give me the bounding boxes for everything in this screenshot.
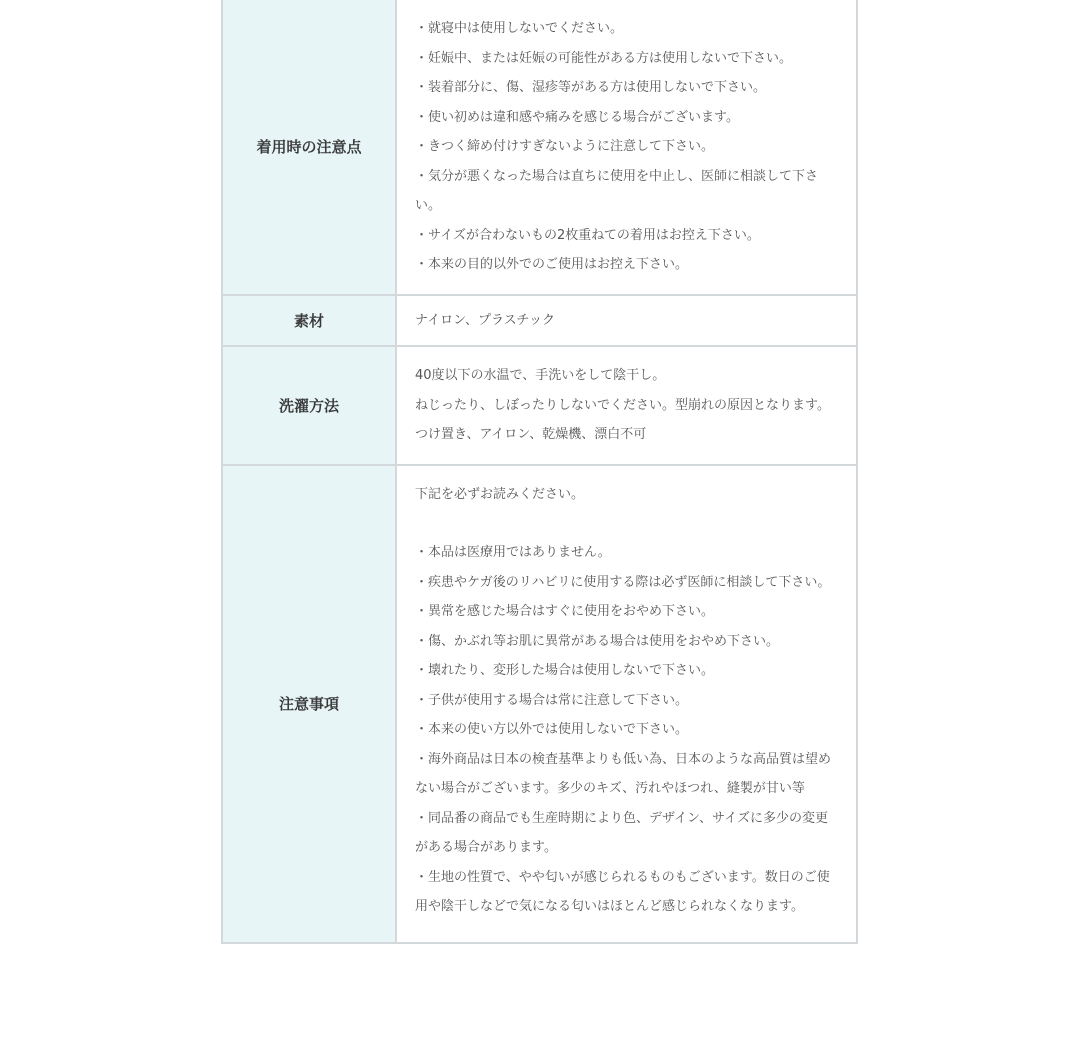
row-value: ・就寝中は使用しないでください。 ・妊娠中、または妊娠の可能性がある方は使用しな… xyxy=(396,0,857,295)
list-item: ・生地の性質で、やや匂いが感じられるものもございます。数日のご使用や陰干しなどで… xyxy=(415,863,840,922)
list-item: ナイロン、プラスチック xyxy=(415,306,840,336)
product-spec-table: 着用時の注意点 ・就寝中は使用しないでください。 ・妊娠中、または妊娠の可能性が… xyxy=(221,0,858,944)
list-item: ・海外商品は日本の検査基準よりも低い為、日本のような高品質は望めない場合がござい… xyxy=(415,745,840,804)
list-item: ・傷、かぶれ等お肌に異常がある場合は使用をおやめ下さい。 xyxy=(415,627,840,657)
list-item: ・使い初めは違和感や痛みを感じる場合がございます。 xyxy=(415,103,840,133)
list-item: ・本来の使い方以外では使用しないで下さい。 xyxy=(415,715,840,745)
row-value: 下記を必ずお読みください。 ・本品は医療用ではありません。 ・疾患やケガ後のリハ… xyxy=(396,465,857,943)
list-item: ・気分が悪くなった場合は直ちに使用を中止し、医師に相談して下さい。 xyxy=(415,162,840,221)
list-item: ・同品番の商品でも生産時期により色、デザイン、サイズに多少の変更がある場合があり… xyxy=(415,804,840,863)
row-value: ナイロン、プラスチック xyxy=(396,295,857,347)
notes-intro: 下記を必ずお読みください。 xyxy=(415,480,840,510)
list-item: ・疾患やケガ後のリハビリに使用する際は必ず医師に相談して下さい。 xyxy=(415,568,840,598)
row-label: 注意事項 xyxy=(222,465,396,943)
row-value: 40度以下の水温で、手洗いをして陰干し。 ねじったり、しぼったりしないでください… xyxy=(396,346,857,465)
list-item: ・妊娠中、または妊娠の可能性がある方は使用しないで下さい。 xyxy=(415,44,840,74)
table-row-washing-method: 洗濯方法 40度以下の水温で、手洗いをして陰干し。 ねじったり、しぼったりしない… xyxy=(222,346,857,465)
spacer xyxy=(415,509,840,538)
list-item: ・子供が使用する場合は常に注意して下さい。 xyxy=(415,686,840,716)
list-item: ・装着部分に、傷、湿疹等がある方は使用しないで下さい。 xyxy=(415,73,840,103)
list-item: ねじったり、しぼったりしないでください。型崩れの原因となります。 xyxy=(415,391,840,421)
table-row-material: 素材 ナイロン、プラスチック xyxy=(222,295,857,347)
list-item: ・きつく締め付けすぎないように注意して下さい。 xyxy=(415,132,840,162)
table-row-wearing-precautions: 着用時の注意点 ・就寝中は使用しないでください。 ・妊娠中、または妊娠の可能性が… xyxy=(222,0,857,295)
row-label: 素材 xyxy=(222,295,396,347)
list-item: ・本品は医療用ではありません。 xyxy=(415,538,840,568)
list-item: ・壊れたり、変形した場合は使用しないで下さい。 xyxy=(415,656,840,686)
list-item: ・異常を感じた場合はすぐに使用をおやめ下さい。 xyxy=(415,597,840,627)
list-item: ・就寝中は使用しないでください。 xyxy=(415,14,840,44)
row-label: 洗濯方法 xyxy=(222,346,396,465)
product-spec-page: 着用時の注意点 ・就寝中は使用しないでください。 ・妊娠中、または妊娠の可能性が… xyxy=(0,0,1074,1060)
list-item: ・サイズが合わないもの2枚重ねての着用はお控え下さい。 xyxy=(415,221,840,251)
table-row-notes: 注意事項 下記を必ずお読みください。 ・本品は医療用ではありません。 ・疾患やケ… xyxy=(222,465,857,943)
list-item: つけ置き、アイロン、乾燥機、漂白不可 xyxy=(415,420,840,450)
list-item: ・本来の目的以外でのご使用はお控え下さい。 xyxy=(415,250,840,280)
list-item: 40度以下の水温で、手洗いをして陰干し。 xyxy=(415,361,840,391)
row-label: 着用時の注意点 xyxy=(222,0,396,295)
